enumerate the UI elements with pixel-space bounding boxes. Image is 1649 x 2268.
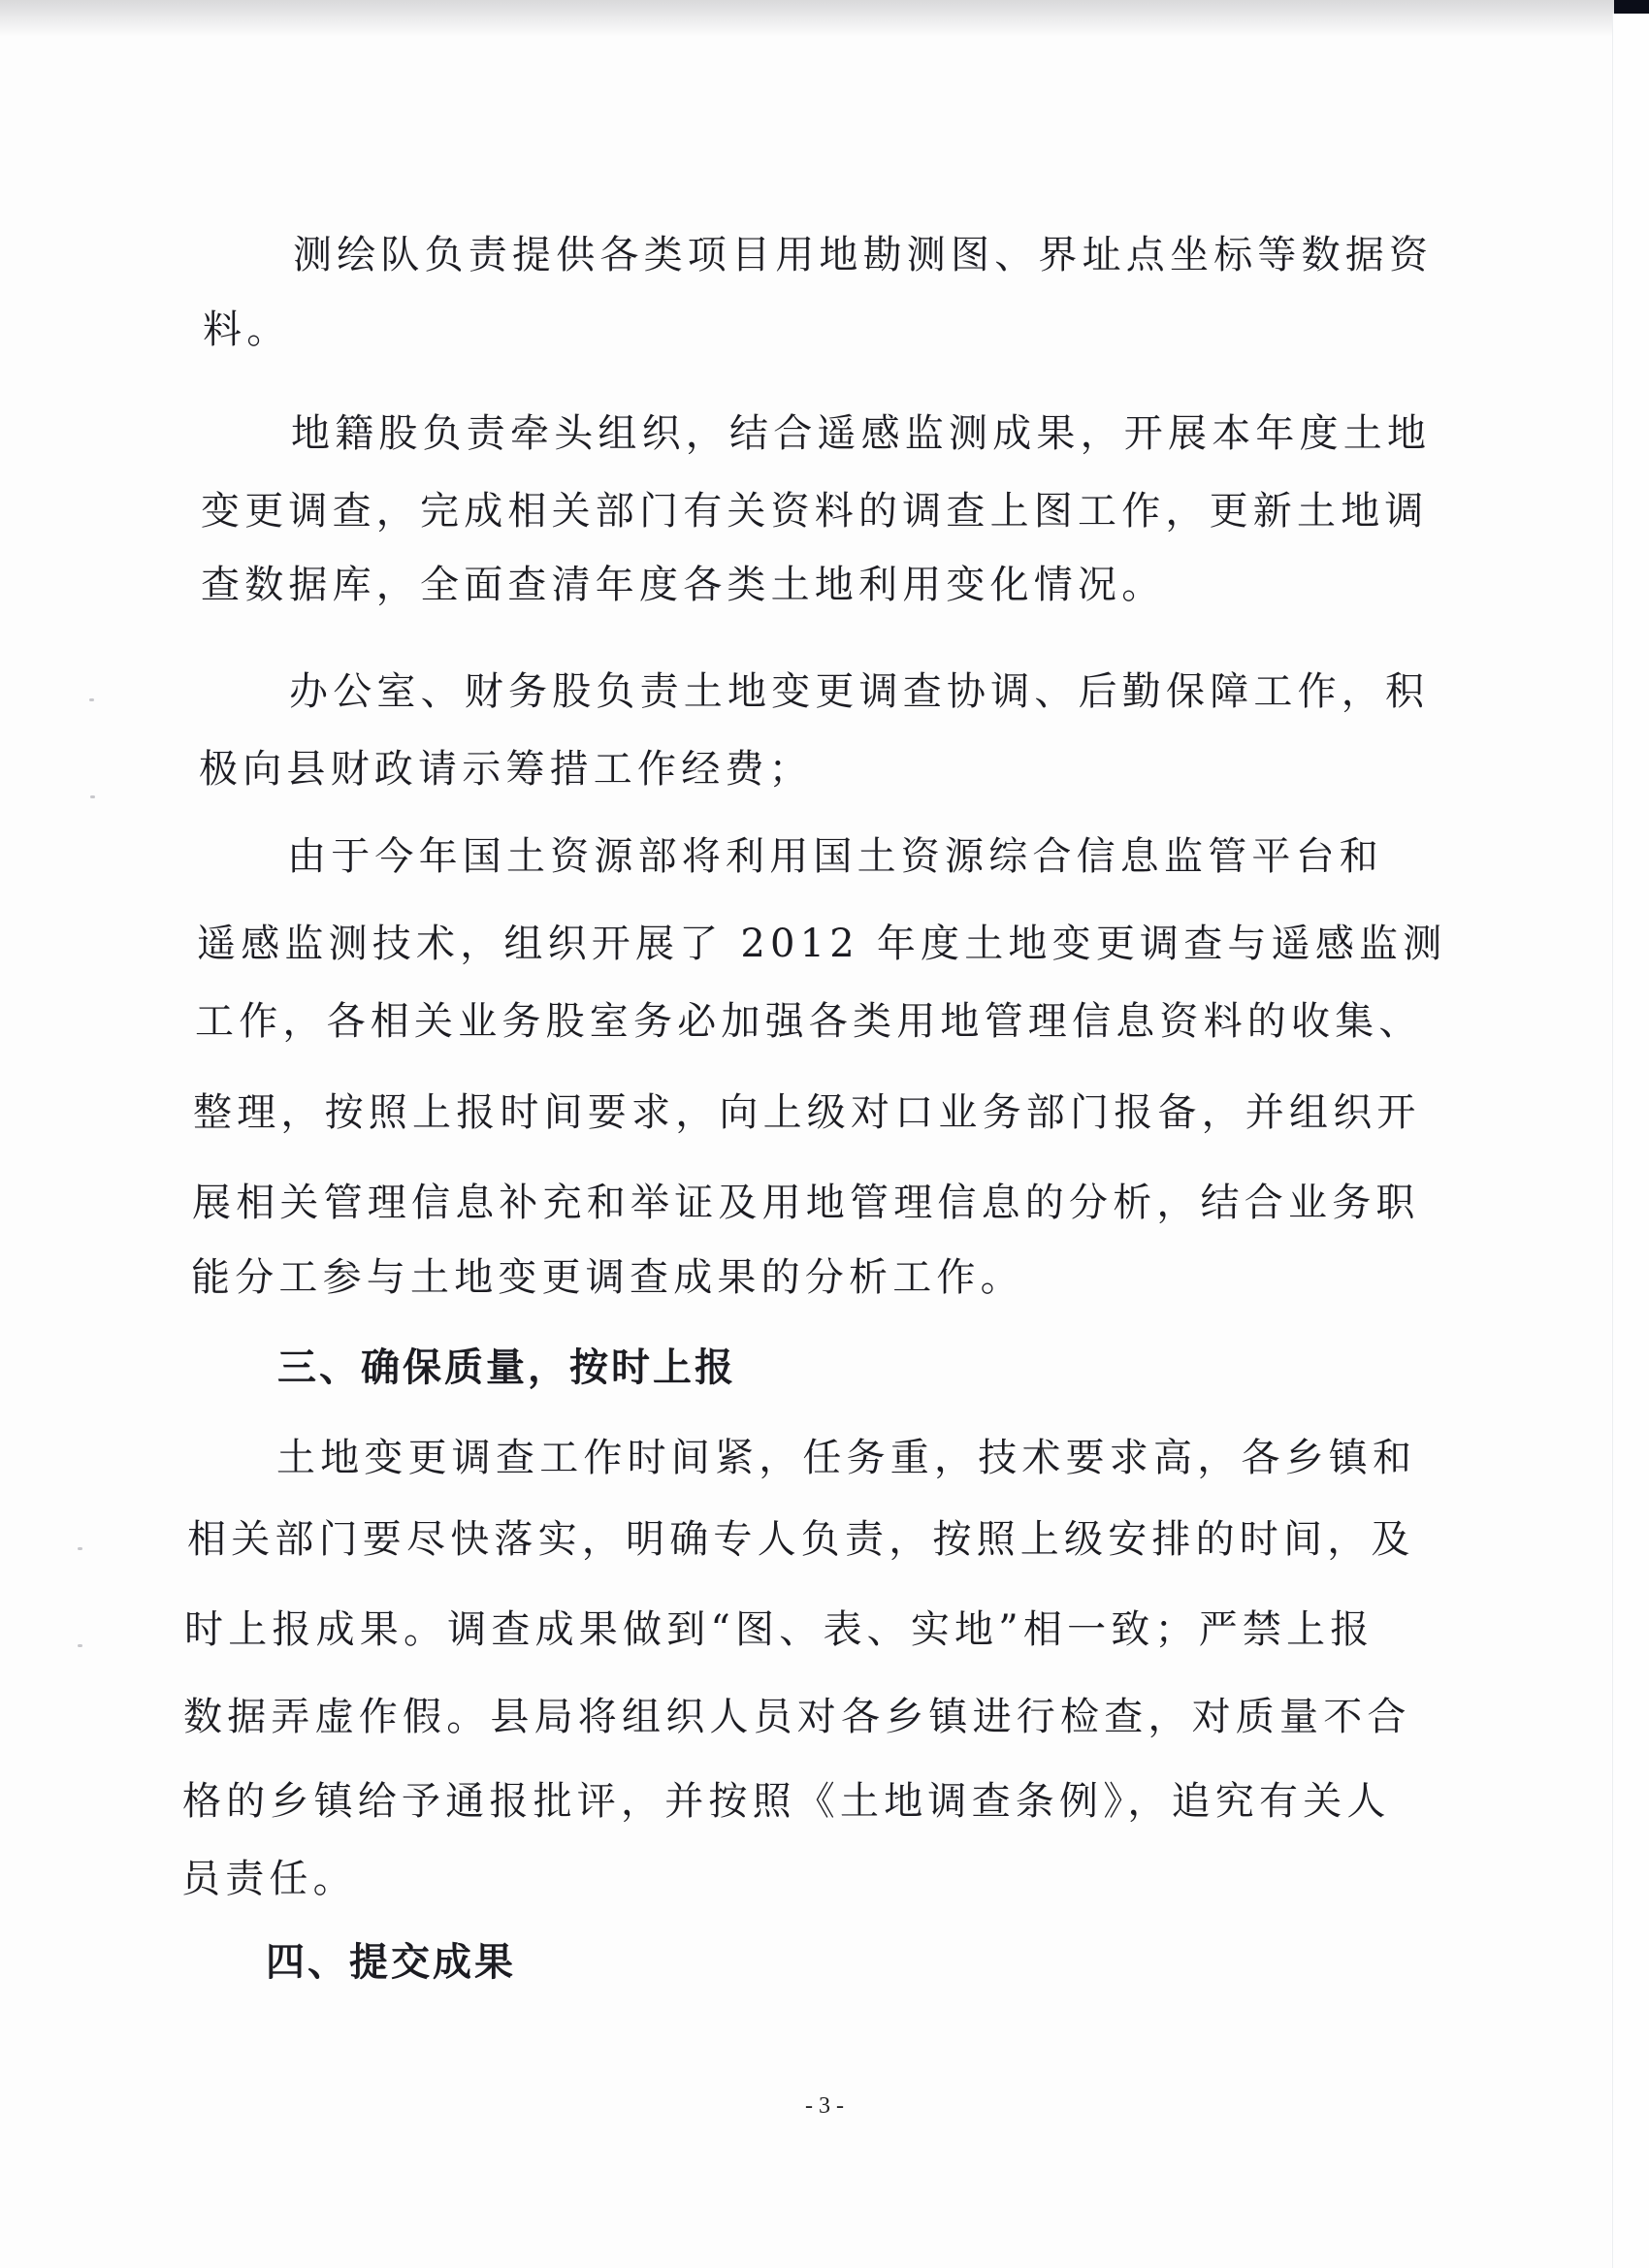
- paragraph-5-line-1: 土地变更调查工作时间紧，任务重，技术要求高，各乡镇和: [276, 1435, 1416, 1481]
- paragraph-4-line-2: 遥感监测技术，组织开展了 2012 年度土地变更调查与遥感监测: [197, 921, 1446, 967]
- scan-top-shadow: [0, 0, 1649, 37]
- scan-speck: [90, 795, 95, 798]
- scan-speck: [89, 698, 94, 701]
- paragraph-4-line-6: 能分工参与土地变更调查成果的分析工作。: [191, 1254, 1024, 1301]
- scan-speck: [78, 1547, 82, 1550]
- paragraph-4-line-4: 整理，按照上报时间要求，向上级对口业务部门报备，并组织开: [193, 1089, 1421, 1136]
- paragraph-2-line-2: 变更调查，完成相关部门有关资料的调查上图工作，更新土地调: [201, 488, 1429, 535]
- paragraph-3-line-1: 办公室、财务股负责土地变更调查协调、后勤保障工作，积: [289, 668, 1429, 715]
- scan-speck: [78, 1644, 82, 1647]
- paragraph-2-line-3: 查数据库，全面查清年度各类土地利用变化情况。: [201, 562, 1165, 608]
- paragraph-5-line-3: 时上报成果。调查成果做到“图、表、实地”相一致；严禁上报: [184, 1606, 1374, 1653]
- paragraph-2-line-1: 地籍股负责牵头组织，结合遥感监测成果，开展本年度土地: [291, 410, 1431, 457]
- paragraph-5-line-2: 相关部门要尽快落实，明确专人负责，按照上级安排的时间，及: [187, 1516, 1415, 1563]
- page-number: - 3 -: [0, 2093, 1649, 2120]
- scan-edge-mark: [1614, 0, 1649, 14]
- paragraph-4-line-1: 由于今年国土资源部将利用国土资源综合信息监管平台和: [287, 833, 1383, 880]
- paragraph-3-line-2: 极向县财政请示筹措工作经费；: [199, 746, 813, 793]
- paragraph-5-line-4: 数据弄虚作假。县局将组织人员对各乡镇进行检查，对质量不合: [183, 1694, 1411, 1740]
- section-heading-3: 三、确保质量，按时上报: [277, 1345, 736, 1391]
- paragraph-1-line-2: 料。: [203, 307, 290, 353]
- paragraph-5-line-5: 格的乡镇给予通报批评，并按照《土地调查条例》，追究有关人: [182, 1778, 1391, 1825]
- scan-right-margin: [1612, 14, 1649, 2268]
- section-heading-4: 四、提交成果: [266, 1939, 516, 1986]
- paragraph-4-line-3: 工作，各相关业务股室务必加强各类用地管理信息资料的收集、: [195, 998, 1423, 1045]
- paragraph-1-line-1: 测绘队负责提供各类项目用地勘测图、界址点坐标等数据资: [293, 232, 1433, 278]
- paragraph-5-line-6: 员责任。: [181, 1856, 357, 1902]
- paragraph-4-line-5: 展相关管理信息补充和举证及用地管理信息的分析，结合业务职: [192, 1180, 1420, 1226]
